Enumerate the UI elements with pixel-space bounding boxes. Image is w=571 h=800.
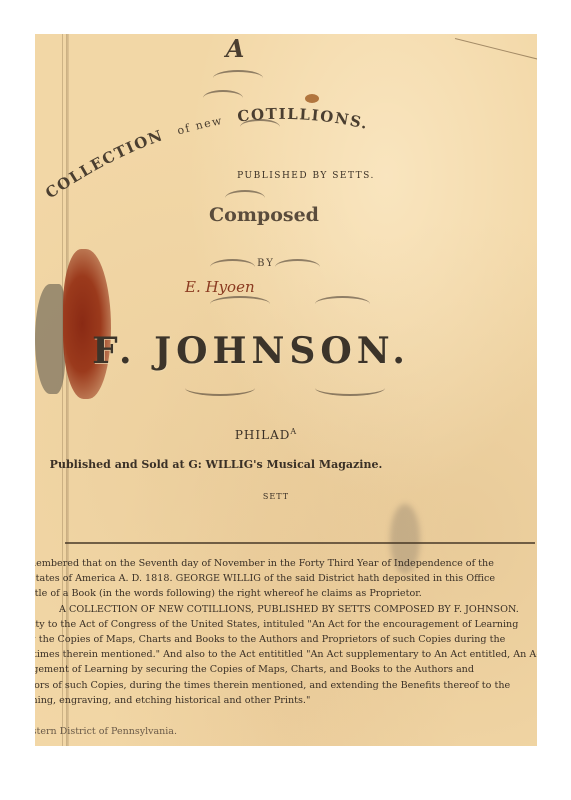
copyright-line: Proprietors of such Copies, during the t… xyxy=(35,678,537,693)
sett-label: SETT xyxy=(35,492,527,501)
copyright-line: United States of America A. D. 1818. GEO… xyxy=(35,571,537,586)
title-page: A COLLECTION of new COTILLIONS. PUBLISHE… xyxy=(35,34,537,746)
svg-text:COLLECTION of new: COLLECTION of new COTILLIONS. xyxy=(42,105,370,202)
copyright-line: times therein mentioned." And also to th… xyxy=(35,647,537,662)
swash-ornament xyxy=(315,380,385,396)
copyright-notice: Be it remembered that on the Seventh day… xyxy=(65,542,535,746)
publisher-line: Published and Sold at G: WILLIG's Musica… xyxy=(35,458,467,471)
composer-name: F. JOHNSON. xyxy=(35,330,502,372)
by-label: BY xyxy=(35,258,517,269)
swash-ornament xyxy=(210,296,270,312)
copyright-line: for the encouragement of Learning by sec… xyxy=(35,662,537,677)
subtitle: PUBLISHED BY SETTS. xyxy=(55,171,537,181)
paper-crack xyxy=(455,38,537,60)
city-superscript: A xyxy=(290,427,297,436)
district-clerk: Clerk of the Eastern District of Pennsyl… xyxy=(35,726,177,737)
copyright-line: arts of designing, engraving, and etchin… xyxy=(35,693,537,708)
city-name: PHILAD xyxy=(235,428,291,442)
copyright-text: Be it remembered that on the Seventh day… xyxy=(69,556,537,708)
copyright-line: the title of a Book (in the words follow… xyxy=(35,586,537,601)
copyright-line: A COLLECTION OF NEW COTILLIONS, PUBLISHE… xyxy=(59,602,537,617)
city: PHILADA xyxy=(35,427,517,442)
red-stain xyxy=(63,249,111,399)
arc-title-middle: of new xyxy=(176,114,224,137)
arc-title-left: COLLECTION xyxy=(42,126,166,202)
arc-title-right: COTILLIONS. xyxy=(236,105,370,133)
swash-ornament xyxy=(213,70,263,86)
title-prefix: A xyxy=(215,34,255,63)
swash-ornament xyxy=(185,380,255,396)
composed-label: Composed xyxy=(35,204,515,226)
copyright-line: Be it remembered that on the Seventh day… xyxy=(35,556,537,571)
copyright-line: by securing the Copies of Maps, Charts a… xyxy=(35,632,537,647)
copyright-line: In conformity to the Act of Congress of … xyxy=(35,617,537,632)
handwritten-signature: E. Hyoen xyxy=(185,278,255,296)
swash-ornament xyxy=(315,296,370,312)
